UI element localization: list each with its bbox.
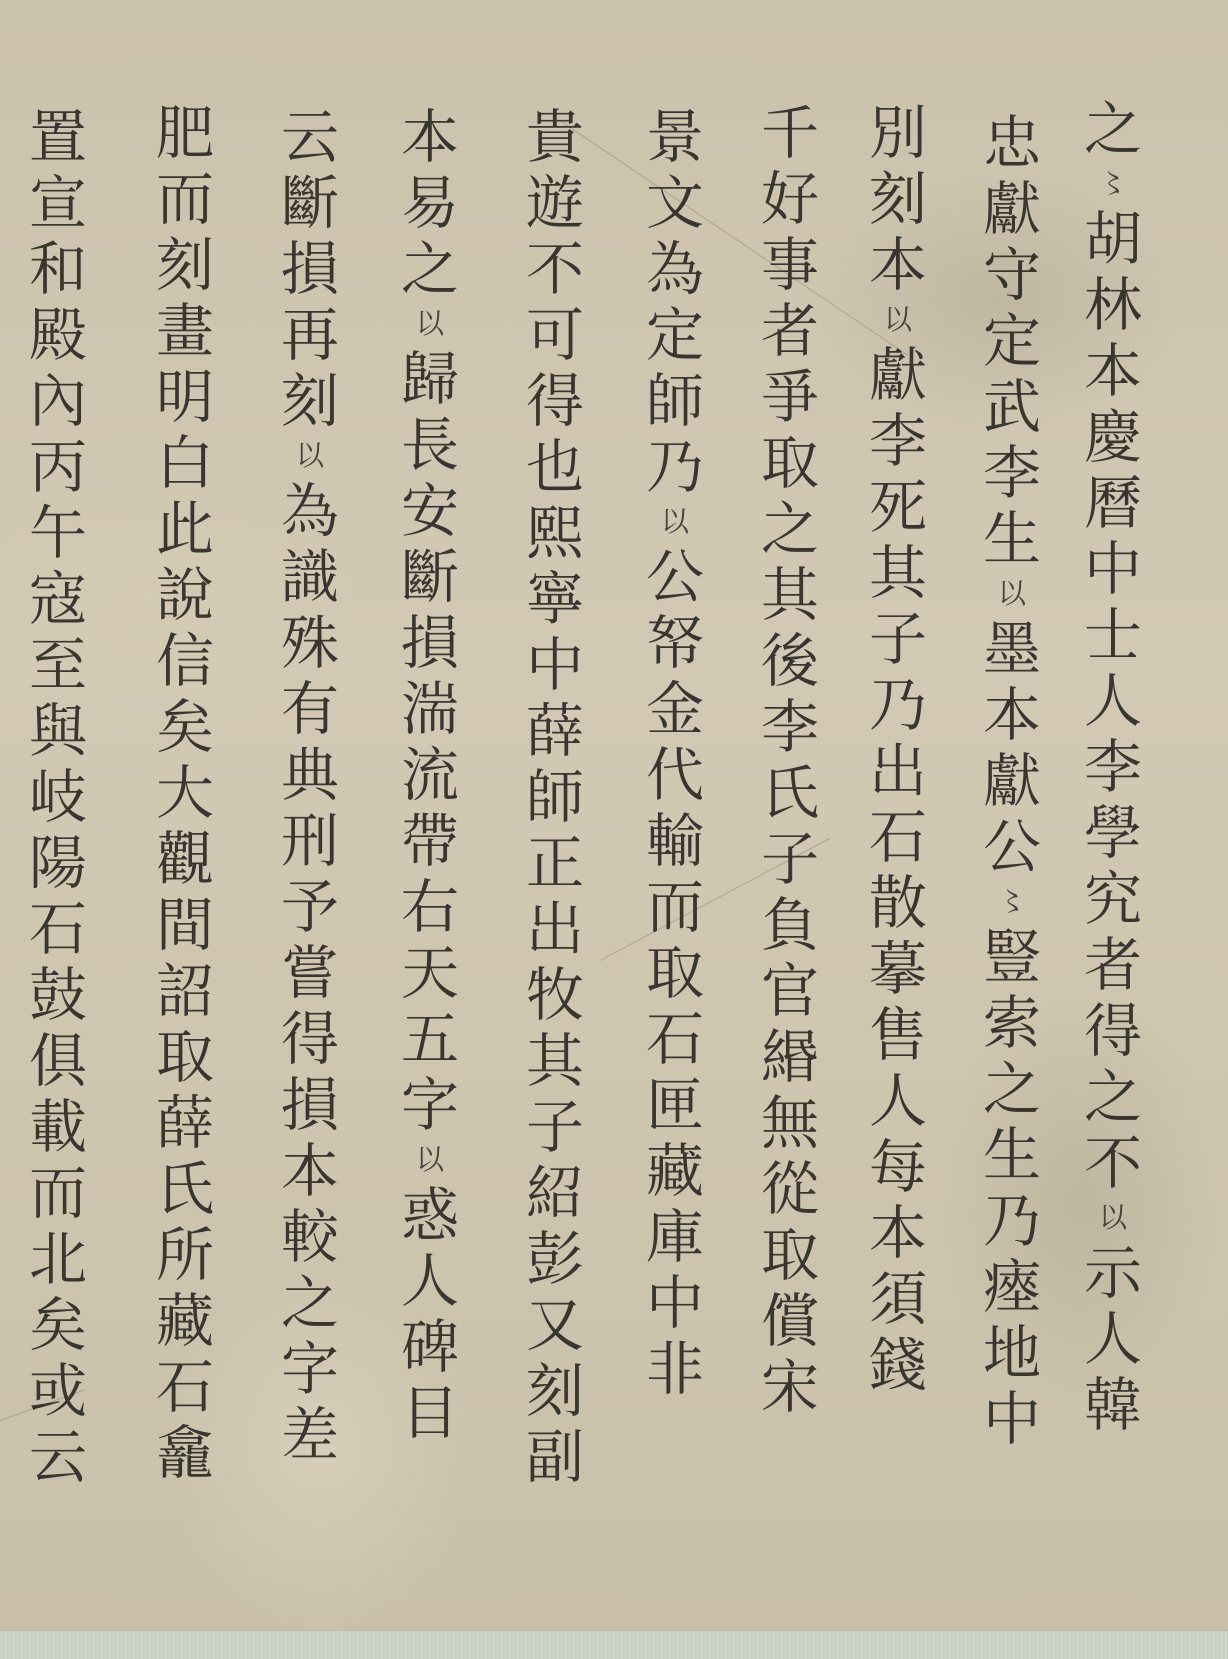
manuscript-character: 須 xyxy=(858,1266,938,1332)
manuscript-character: 觀 xyxy=(145,826,225,892)
manuscript-character: 彭 xyxy=(515,1226,595,1292)
manuscript-character: 忠 xyxy=(972,110,1052,176)
manuscript-character: 此 xyxy=(145,496,225,562)
manuscript-character: 氏 xyxy=(750,760,830,826)
manuscript-character: 寧 xyxy=(515,566,595,632)
text-column-1: 之〻胡林本慶曆中士人李學究者得之不以示人韓 xyxy=(1063,96,1163,1438)
manuscript-character: 出 xyxy=(515,896,595,962)
manuscript-character: 置 xyxy=(18,104,98,170)
manuscript-character: 每 xyxy=(858,1134,938,1200)
manuscript-character: 畫 xyxy=(145,298,225,364)
manuscript-character: 至 xyxy=(18,632,98,698)
manuscript-character: 人 xyxy=(858,1068,938,1134)
manuscript-character: 嘗 xyxy=(270,940,350,1006)
manuscript-character: 云 xyxy=(270,104,350,170)
manuscript-character: 薛 xyxy=(515,698,595,764)
text-column-6: 貴遊不可得也熙寧中薛師正出牧其子紹彭又刻副 xyxy=(505,104,605,1490)
manuscript-character: 石 xyxy=(635,1006,715,1072)
manuscript-character: 豎 xyxy=(972,924,1052,990)
manuscript-character: 薛 xyxy=(145,1090,225,1156)
manuscript-character: 為 xyxy=(270,478,350,544)
manuscript-character: 藏 xyxy=(635,1138,715,1204)
manuscript-character: 生 xyxy=(972,506,1052,572)
manuscript-character: 本 xyxy=(858,1200,938,1266)
manuscript-character: 官 xyxy=(750,958,830,1024)
manuscript-character: 死 xyxy=(858,474,938,540)
manuscript-character: 士 xyxy=(1073,602,1153,668)
manuscript-character: 信 xyxy=(145,628,225,694)
manuscript-character: 緡 xyxy=(750,1024,830,1090)
manuscript-character: 歸 xyxy=(390,346,470,412)
manuscript-character: 〻 xyxy=(1073,162,1153,206)
manuscript-character: 武 xyxy=(972,374,1052,440)
manuscript-character: 安 xyxy=(390,478,470,544)
manuscript-character: 為 xyxy=(635,236,715,302)
manuscript-character: 可 xyxy=(515,302,595,368)
manuscript-character: 究 xyxy=(1073,866,1153,932)
manuscript-character: 石 xyxy=(18,896,98,962)
manuscript-character: 石 xyxy=(145,1354,225,1420)
manuscript-character: 藏 xyxy=(145,1288,225,1354)
manuscript-character: 代 xyxy=(635,742,715,808)
manuscript-character: 易 xyxy=(390,170,470,236)
manuscript-character: 爭 xyxy=(750,364,830,430)
manuscript-character: 俱 xyxy=(18,1028,98,1094)
manuscript-character: 或 xyxy=(18,1358,98,1424)
manuscript-character: 者 xyxy=(1073,932,1153,998)
manuscript-character: 丙 xyxy=(18,434,98,500)
manuscript-character: 石 xyxy=(858,804,938,870)
manuscript-character: 中 xyxy=(635,1270,715,1336)
manuscript-character: 李 xyxy=(858,408,938,474)
manuscript-character: 北 xyxy=(18,1226,98,1292)
manuscript-character: 又 xyxy=(515,1292,595,1358)
manuscript-character: 大 xyxy=(145,760,225,826)
manuscript-character: 殿 xyxy=(18,302,98,368)
manuscript-character: 宣 xyxy=(18,170,98,236)
manuscript-character: 副 xyxy=(515,1424,595,1490)
manuscript-character: 本 xyxy=(972,682,1052,748)
manuscript-character: 貴 xyxy=(515,104,595,170)
manuscript-character: 出 xyxy=(858,738,938,804)
manuscript-character: 從 xyxy=(750,1156,830,1222)
manuscript-character: 示 xyxy=(1073,1240,1153,1306)
manuscript-character: 識 xyxy=(270,544,350,610)
manuscript-character: 後 xyxy=(750,628,830,694)
manuscript-character: 刻 xyxy=(858,166,938,232)
manuscript-character: 中 xyxy=(972,1386,1052,1452)
manuscript-character: 子 xyxy=(750,826,830,892)
text-column-10: 置宣和殿內丙午寇至與岐陽石鼓俱載而北矣或云 xyxy=(8,104,108,1490)
manuscript-character: 與 xyxy=(18,698,98,764)
manuscript-character: 損 xyxy=(270,1072,350,1138)
manuscript-character: 刻 xyxy=(515,1358,595,1424)
manuscript-character: 也 xyxy=(515,434,595,500)
manuscript-character: 刻 xyxy=(145,232,225,298)
manuscript-character: 獻 xyxy=(972,176,1052,242)
manuscript-character: 云 xyxy=(18,1424,98,1490)
silk-mount-border xyxy=(0,1630,1228,1659)
manuscript-character: 事 xyxy=(750,232,830,298)
manuscript-character: 氏 xyxy=(145,1156,225,1222)
manuscript-character: 別 xyxy=(858,100,938,166)
manuscript-character: 子 xyxy=(515,1094,595,1160)
manuscript-character: 償 xyxy=(750,1288,830,1354)
manuscript-character: 慶 xyxy=(1073,404,1153,470)
manuscript-character: 學 xyxy=(1073,800,1153,866)
manuscript-character: 再 xyxy=(270,302,350,368)
manuscript-character: 師 xyxy=(635,368,715,434)
manuscript-character: 熙 xyxy=(515,500,595,566)
manuscript-character: 所 xyxy=(145,1222,225,1288)
manuscript-character: 之 xyxy=(390,236,470,302)
manuscript-character: 天 xyxy=(390,940,470,1006)
manuscript-character: 惑 xyxy=(390,1182,470,1248)
manuscript-character: 匣 xyxy=(635,1072,715,1138)
manuscript-character: 之 xyxy=(270,1270,350,1336)
manuscript-character: 碑 xyxy=(390,1314,470,1380)
manuscript-character: 以 xyxy=(390,1138,470,1182)
manuscript-character: 而 xyxy=(18,1160,98,1226)
manuscript-character: 負 xyxy=(750,892,830,958)
manuscript-character: 鼓 xyxy=(18,962,98,1028)
manuscript-character: 乃 xyxy=(858,672,938,738)
manuscript-character: 李 xyxy=(972,440,1052,506)
manuscript-character: 售 xyxy=(858,1002,938,1068)
manuscript-character: 輸 xyxy=(635,808,715,874)
manuscript-character: 目 xyxy=(390,1380,470,1446)
manuscript-character: 字 xyxy=(270,1336,350,1402)
text-column-2: 忠獻守定武李生以墨本獻公〻豎索之生乃瘞地中 xyxy=(962,110,1062,1452)
manuscript-character: 白 xyxy=(145,430,225,496)
manuscript-character: 本 xyxy=(858,232,938,298)
manuscript-character: 生 xyxy=(972,1122,1052,1188)
manuscript-character: 人 xyxy=(1073,1306,1153,1372)
manuscript-character: 錢 xyxy=(858,1332,938,1398)
manuscript-character: 得 xyxy=(1073,998,1153,1064)
manuscript-character: 李 xyxy=(750,694,830,760)
manuscript-character: 而 xyxy=(145,166,225,232)
manuscript-character: 人 xyxy=(1073,668,1153,734)
manuscript-character: 其 xyxy=(750,562,830,628)
manuscript-character: 肥 xyxy=(145,100,225,166)
manuscript-character: 本 xyxy=(1073,338,1153,404)
manuscript-character: 差 xyxy=(270,1402,350,1468)
manuscript-character: 紹 xyxy=(515,1160,595,1226)
manuscript-character: 中 xyxy=(1073,536,1153,602)
manuscript-character: 墨 xyxy=(972,616,1052,682)
manuscript-character: 湍 xyxy=(390,676,470,742)
manuscript-character: 者 xyxy=(750,298,830,364)
manuscript-character: 之 xyxy=(1073,96,1153,162)
manuscript-character: 中 xyxy=(515,632,595,698)
manuscript-character: 予 xyxy=(270,874,350,940)
manuscript-character: 以 xyxy=(635,500,715,544)
manuscript-character: 以 xyxy=(390,302,470,346)
manuscript-character: 本 xyxy=(390,104,470,170)
manuscript-character: 子 xyxy=(858,606,938,672)
manuscript-character: 和 xyxy=(18,236,98,302)
manuscript-character: 龕 xyxy=(145,1420,225,1486)
manuscript-character: 守 xyxy=(972,242,1052,308)
manuscript-character: 取 xyxy=(750,1222,830,1288)
manuscript-character: 乃 xyxy=(972,1188,1052,1254)
manuscript-character: 散 xyxy=(858,870,938,936)
manuscript-character: 損 xyxy=(270,236,350,302)
manuscript-character: 瘞 xyxy=(972,1254,1052,1320)
text-column-5: 景文為定師乃以公帑金代輸而取石匣藏庫中非 xyxy=(625,104,725,1402)
manuscript-character: 好 xyxy=(750,166,830,232)
manuscript-character: 斷 xyxy=(390,544,470,610)
manuscript-character: 流 xyxy=(390,742,470,808)
manuscript-character: 明 xyxy=(145,364,225,430)
manuscript-character: 遊 xyxy=(515,170,595,236)
manuscript-character: 〻 xyxy=(972,880,1052,924)
text-columns: 之〻胡林本慶曆中士人李學究者得之不以示人韓 忠獻守定武李生以墨本獻公〻豎索之生乃… xyxy=(0,0,1228,1630)
manuscript-character: 說 xyxy=(145,562,225,628)
manuscript-character: 以 xyxy=(858,298,938,342)
manuscript-character: 摹 xyxy=(858,936,938,1002)
manuscript-character: 右 xyxy=(390,874,470,940)
manuscript-character: 其 xyxy=(515,1028,595,1094)
manuscript-character: 取 xyxy=(750,430,830,496)
manuscript-character: 定 xyxy=(972,308,1052,374)
manuscript-character: 殊 xyxy=(270,610,350,676)
manuscript-character: 牧 xyxy=(515,962,595,1028)
text-column-4: 千好事者爭取之其後李氏子負官緡無從取償宋 xyxy=(740,100,840,1420)
manuscript-character: 詔 xyxy=(145,958,225,1024)
manuscript-character: 韓 xyxy=(1073,1372,1153,1438)
manuscript-character: 不 xyxy=(515,236,595,302)
manuscript-character: 千 xyxy=(750,100,830,166)
manuscript-character: 公 xyxy=(972,814,1052,880)
manuscript-character: 庫 xyxy=(635,1204,715,1270)
manuscript-character: 帶 xyxy=(390,808,470,874)
manuscript-character: 以 xyxy=(972,572,1052,616)
manuscript-character: 林 xyxy=(1073,272,1153,338)
manuscript-character: 矣 xyxy=(18,1292,98,1358)
manuscript-character: 以 xyxy=(1073,1196,1153,1240)
manuscript-character: 之 xyxy=(750,496,830,562)
manuscript-character: 非 xyxy=(635,1336,715,1402)
manuscript-character: 索 xyxy=(972,990,1052,1056)
manuscript-character: 之 xyxy=(972,1056,1052,1122)
manuscript-character: 其 xyxy=(858,540,938,606)
manuscript-character: 文 xyxy=(635,170,715,236)
manuscript-character: 師 xyxy=(515,764,595,830)
manuscript-character: 較 xyxy=(270,1204,350,1270)
manuscript-character: 無 xyxy=(750,1090,830,1156)
manuscript-character: 午 xyxy=(18,500,98,566)
text-column-7: 本易之以歸長安斷損湍流帶右天五字以惑人碑目 xyxy=(380,104,480,1446)
manuscript-character: 間 xyxy=(145,892,225,958)
manuscript-character: 取 xyxy=(145,1024,225,1090)
manuscript-character: 地 xyxy=(972,1320,1052,1386)
manuscript-character: 刑 xyxy=(270,808,350,874)
manuscript-character: 斷 xyxy=(270,170,350,236)
manuscript-character: 長 xyxy=(390,412,470,478)
manuscript-character: 乃 xyxy=(635,434,715,500)
manuscript-character: 五 xyxy=(390,1006,470,1072)
manuscript-scroll: 之〻胡林本慶曆中士人李學究者得之不以示人韓 忠獻守定武李生以墨本獻公〻豎索之生乃… xyxy=(0,0,1228,1659)
manuscript-character: 字 xyxy=(390,1072,470,1138)
text-column-3: 別刻本以獻李死其子乃出石散摹售人每本須錢 xyxy=(848,100,948,1398)
manuscript-character: 曆 xyxy=(1073,470,1153,536)
manuscript-character: 典 xyxy=(270,742,350,808)
manuscript-character: 胡 xyxy=(1073,206,1153,272)
manuscript-character: 獻 xyxy=(858,342,938,408)
manuscript-character: 人 xyxy=(390,1248,470,1314)
manuscript-character: 損 xyxy=(390,610,470,676)
manuscript-character: 本 xyxy=(270,1138,350,1204)
manuscript-character: 定 xyxy=(635,302,715,368)
manuscript-character: 陽 xyxy=(18,830,98,896)
manuscript-character: 帑 xyxy=(635,610,715,676)
manuscript-character: 正 xyxy=(515,830,595,896)
manuscript-character: 之 xyxy=(1073,1064,1153,1130)
manuscript-character: 公 xyxy=(635,544,715,610)
manuscript-character: 而 xyxy=(635,874,715,940)
manuscript-character: 取 xyxy=(635,940,715,1006)
text-column-8: 云斷損再刻以為識殊有典刑予嘗得損本較之字差 xyxy=(260,104,360,1468)
manuscript-character: 獻 xyxy=(972,748,1052,814)
manuscript-character: 有 xyxy=(270,676,350,742)
manuscript-character: 金 xyxy=(635,676,715,742)
manuscript-character: 內 xyxy=(18,368,98,434)
manuscript-character: 岐 xyxy=(18,764,98,830)
manuscript-character: 載 xyxy=(18,1094,98,1160)
manuscript-character: 宋 xyxy=(750,1354,830,1420)
manuscript-character: 以 xyxy=(270,434,350,478)
manuscript-character: 得 xyxy=(270,1006,350,1072)
text-column-9: 肥而刻畫明白此說信矣大觀間詔取薛氏所藏石龕 xyxy=(135,100,235,1486)
manuscript-character: 李 xyxy=(1073,734,1153,800)
manuscript-character: 寇 xyxy=(18,566,98,632)
manuscript-character: 矣 xyxy=(145,694,225,760)
manuscript-character: 得 xyxy=(515,368,595,434)
manuscript-character: 景 xyxy=(635,104,715,170)
manuscript-character: 不 xyxy=(1073,1130,1153,1196)
manuscript-character: 刻 xyxy=(270,368,350,434)
